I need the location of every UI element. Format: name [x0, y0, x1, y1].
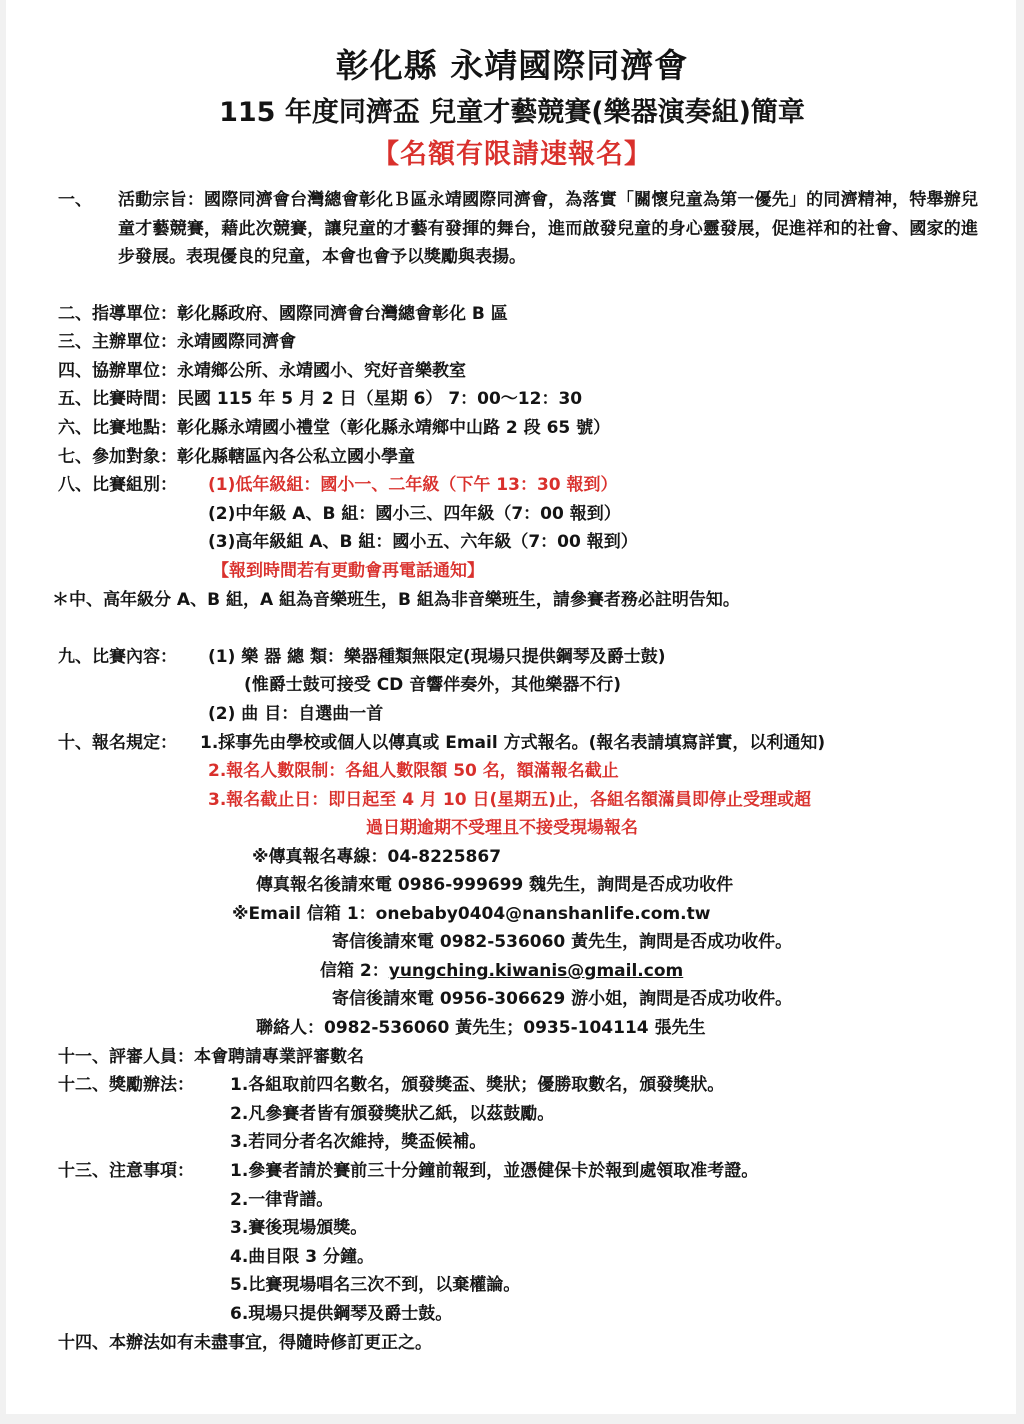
content-item-1-instruments: (1) 樂 器 總 類：樂器種類無限定(現場只提供鋼琴及爵士鼓) [208, 643, 666, 671]
award-item-3: 3.若同分者名次維持，獎盃候補。 [230, 1128, 486, 1156]
email-1-followup: 寄信後請來電 0982-536060 黃先生，詢問是否成功收件。 [332, 928, 792, 956]
registration-rule-3-deadline: 3.報名截止日：即日起至 4 月 10 日(星期五)止，各組名額滿員即停止受理或… [208, 786, 811, 814]
section-12-label: 十二、獎勵辦法： [58, 1071, 194, 1099]
section-8-label: 八、比賽組別： [58, 471, 177, 499]
section-13-label: 十三、注意事項： [58, 1157, 194, 1185]
email-1-label: ※Email 信箱 1： [232, 904, 376, 924]
notice-item-4: 4.曲目限 3 分鐘。 [230, 1243, 374, 1271]
group-ab-footnote: ＊中、高年級分 A、B 組，A 組為音樂班生，B 組為非音樂班生，請參賽者務必註… [52, 586, 740, 614]
section-11-judges: 十一、評審人員：本會聘請專業評審數名 [58, 1043, 364, 1071]
organization-title: 彰化縣 永靖國際同濟會 [0, 40, 1024, 87]
email-2-row: 信箱 2：yungching.kiwanis@gmail.com [320, 957, 683, 985]
section-2-guidance-units: 二、指導單位：彰化縣政府、國際同濟會台灣總會彰化 B 區 [58, 300, 508, 328]
email-1-address[interactable]: onebaby0404@nanshanlife.com.tw [376, 904, 711, 924]
registration-rule-1: 1.採事先由學校或個人以傳真或 Email 方式報名。(報名表請填寫詳實，以利通… [200, 729, 825, 757]
group-2-middle-grades: (2)中年級 A、B 組：國小三、四年級（7：00 報到） [208, 500, 621, 528]
event-title: 115 年度同濟盃 兒童才藝競賽(樂器演奏組)簡章 [0, 90, 1024, 129]
section-9-label: 九、比賽內容： [58, 643, 177, 671]
email-1-row: ※Email 信箱 1：onebaby0404@nanshanlife.com.… [232, 900, 710, 928]
fax-followup-contact: 傳真報名後請來電 0986-999699 魏先生，詢問是否成功收件 [256, 871, 733, 899]
section-7-participants: 七、參加對象：彰化縣轄區內各公私立國小學童 [58, 443, 415, 471]
section-3-organizer: 三、主辦單位：永靖國際同濟會 [58, 328, 296, 356]
group-3-upper-grades: (3)高年級組 A、B 組：國小五、六年級（7：00 報到） [208, 528, 638, 556]
section-14-amendments: 十四、本辦法如有未盡事宜，得隨時修訂更正之。 [58, 1329, 432, 1357]
group-1-lower-grades: (1)低年級組：國小一、二年級（下午 13：30 報到） [208, 471, 618, 499]
check-in-time-notice: 【報到時間若有更動會再電話通知】 [212, 557, 484, 585]
email-2-label: 信箱 2： [320, 961, 389, 981]
notice-item-1: 1.參賽者請於賽前三十分鐘前報到，並憑健保卡於報到處領取准考證。 [230, 1157, 758, 1185]
notice-item-6: 6.現場只提供鋼琴及爵士鼓。 [230, 1300, 452, 1328]
registration-rule-2-limit: 2.報名人數限制：各組人數限額 50 名，額滿報名截止 [208, 757, 619, 785]
registration-rule-3-continued: 過日期逾期不受理且不接受現場報名 [366, 814, 638, 842]
notice-item-5: 5.比賽現場唱名三次不到，以棄權論。 [230, 1271, 520, 1299]
section-5-competition-time: 五、比賽時間：民國 115 年 5 月 2 日（星期 6） 7：00～12：30 [58, 385, 582, 413]
email-2-followup: 寄信後請來電 0956-306629 游小姐，詢問是否成功收件。 [332, 985, 792, 1013]
notice-item-3: 3.賽後現場頒獎。 [230, 1214, 367, 1242]
fax-registration-line: ※傳真報名專線：04-8225867 [252, 843, 501, 871]
section-1-number: 一、 [58, 186, 92, 214]
urgent-registration-banner: 【名額有限請速報名】 [0, 132, 1024, 171]
award-item-2: 2.凡參賽者皆有頒發獎狀乙紙，以茲鼓勵。 [230, 1100, 554, 1128]
email-2-link[interactable]: yungching.kiwanis@gmail.com [389, 961, 684, 981]
content-item-2-repertoire: (2) 曲 目：自選曲一首 [208, 700, 383, 728]
section-1-purpose: 活動宗旨：國際同濟會台灣總會彰化Ｂ區永靖國際同濟會，為落實「關懷兒童為第一優先」… [118, 186, 978, 272]
content-item-1-note: (惟爵士鼓可接受 CD 音響伴奏外，其他樂器不行) [244, 671, 621, 699]
notice-item-2: 2.一律背譜。 [230, 1186, 333, 1214]
section-10-label: 十、報名規定： [58, 729, 177, 757]
contact-persons: 聯絡人：0982-536060 黃先生；0935-104114 張先生 [256, 1014, 706, 1042]
section-6-competition-venue: 六、比賽地點：彰化縣永靖國小禮堂（彰化縣永靖鄉中山路 2 段 65 號） [58, 414, 610, 442]
award-item-1: 1.各組取前四名數名，頒發獎盃、獎狀；優勝取數名，頒發獎狀。 [230, 1071, 724, 1099]
section-4-co-organizers: 四、協辦單位：永靖鄉公所、永靖國小、究好音樂教室 [58, 357, 466, 385]
